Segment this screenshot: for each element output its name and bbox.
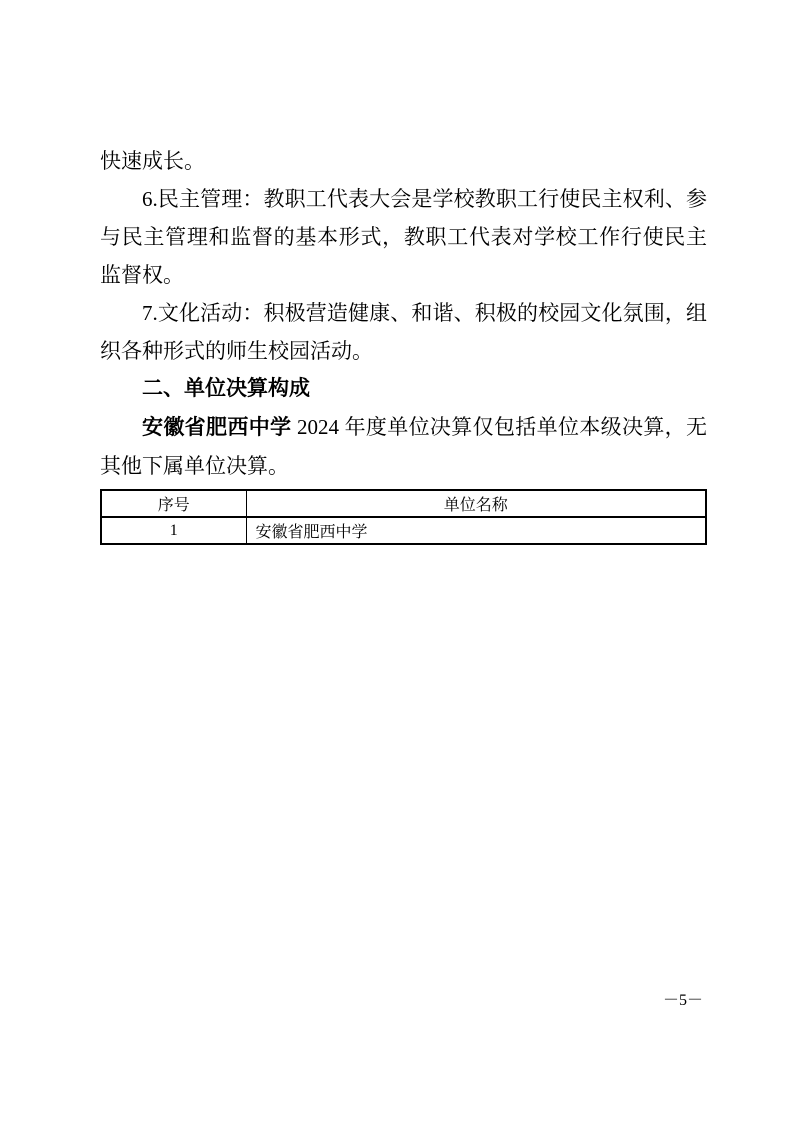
document-content: 快速成长。 6.民主管理：教职工代表大会是学校教职工行使民主权利、参与民主管理和… <box>100 142 707 545</box>
document-page: 快速成长。 6.民主管理：教职工代表大会是学校教职工行使民主权利、参与民主管理和… <box>0 0 793 1122</box>
paragraph-cultural-activities: 7.文化活动：积极营造健康、和谐、积极的校园文化氛围，组织各种形式的师生校园活动… <box>100 294 707 370</box>
section-heading-unit-final-accounts-composition: 二、单位决算构成 <box>100 370 707 408</box>
paragraph-democratic-management: 6.民主管理：教职工代表大会是学校教职工行使民主权利、参与民主管理和监督的基本形… <box>100 180 707 294</box>
paragraph-growth-continuation: 快速成长。 <box>100 142 707 180</box>
table-header-row: 序号 单位名称 <box>101 490 706 517</box>
table-cell-unit-name: 安徽省肥西中学 <box>246 517 706 544</box>
table-cell-index: 1 <box>101 517 246 544</box>
page-number: －5－ <box>663 987 703 1010</box>
unit-list-table: 序号 单位名称 1 安徽省肥西中学 <box>100 489 707 545</box>
unit-name-bold: 安徽省肥西中学 <box>142 416 291 439</box>
table-header-index: 序号 <box>101 490 246 517</box>
paragraph-unit-statement: 安徽省肥西中学 2024 年度单位决算仅包括单位本级决算，无其他下属单位决算。 <box>100 408 707 485</box>
table-header-unit-name: 单位名称 <box>246 490 706 517</box>
table-row: 1 安徽省肥西中学 <box>101 517 706 544</box>
